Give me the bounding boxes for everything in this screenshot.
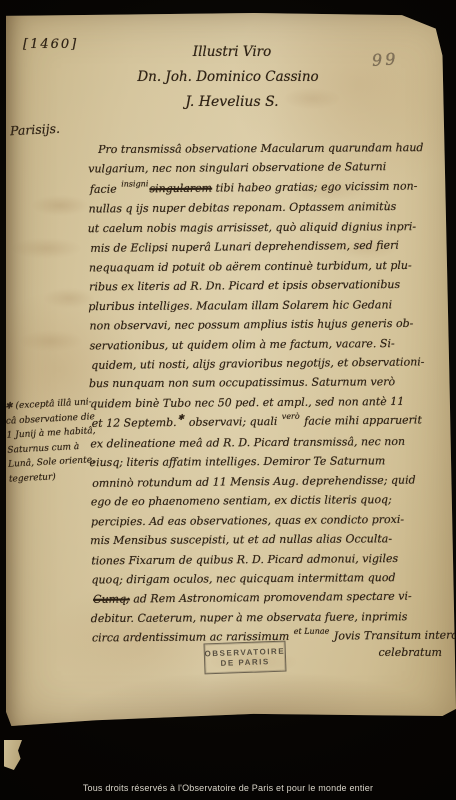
body-line: percipies. Ad eas observationes, quas ex… [91, 509, 451, 531]
observatory-stamp: OBSERVATOIRE DE PARIS [203, 641, 286, 675]
address-line: Illustri Viro [124, 40, 340, 65]
body-line: eiusq; literis affatim intelliges. Demir… [89, 451, 449, 473]
address-line: J. Hevelius S. [124, 90, 340, 115]
letter-body: Pro transmissâ observatione Macularum qu… [88, 138, 452, 650]
body-line: nullas q ijs nuper debitas reponam. Opta… [88, 197, 448, 219]
body-line: mis de Eclipsi nuperâ Lunari deprehendis… [90, 235, 450, 258]
place-annotation: Parisijs. [10, 121, 61, 139]
body-line: mis Mensibus suscepisti, ut et ad nullas… [90, 529, 450, 551]
catchword: celebratum [336, 646, 442, 659]
folio-number: 99 [371, 49, 399, 70]
copyright-caption: Tous droits réservés à l'Observatoire de… [0, 783, 456, 793]
body-line: omninò rotundum ad 11 Mensis Aug. depreh… [92, 470, 452, 493]
letter-address: Illustri ViroDn. Joh. Dominico CassinoJ.… [124, 40, 340, 115]
body-line: Pro transmissâ observatione Macularum qu… [87, 138, 447, 160]
body-line: bus nunquam non sum occupatissimus. Satu… [89, 372, 449, 394]
body-line: pluribus intelliges. Maculam illam Solar… [88, 295, 448, 317]
margin-note: ✱ (exceptâ illâ uni-câ observatione die1… [5, 394, 113, 487]
address-line: Dn. Joh. Dominico Cassino [120, 65, 336, 90]
body-line: facie insignisingularem tibi habeo grati… [90, 176, 450, 200]
stamp-line-2: DE PARIS [220, 657, 270, 669]
archive-number: [1460] [23, 37, 78, 52]
manuscript-page: [1460] 99 Illustri ViroDn. Joh. Dominico… [6, 13, 456, 726]
body-line: et 12 Septemb.✱ observavi; quali verò fa… [92, 410, 452, 434]
body-line: debitur. Caeterum, nuper à me observata … [91, 607, 451, 629]
page-corner-fragment [4, 740, 22, 770]
body-line: ribus ex literis ad R. Dn. Picard et ips… [89, 275, 449, 297]
photo-background: [1460] 99 Illustri ViroDn. Joh. Dominico… [0, 0, 456, 800]
body-line: non observavi, nec possum amplius istis … [89, 314, 449, 336]
body-line: tiones Fixarum de quibus R. D. Picard ad… [91, 548, 451, 570]
